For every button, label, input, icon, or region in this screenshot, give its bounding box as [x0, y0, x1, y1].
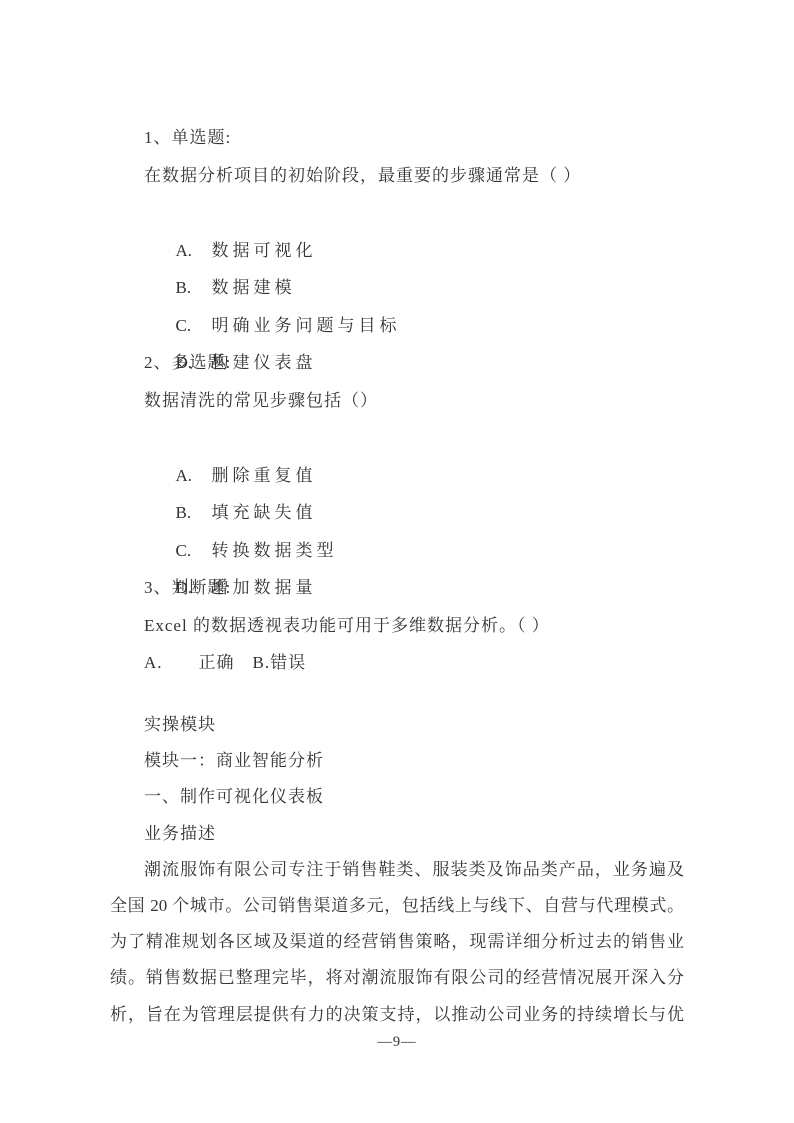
question-3-heading: 3、判断题: [110, 569, 684, 607]
subsection-title: 业务描述 [110, 816, 684, 852]
option-text: 填充缺失值 [212, 503, 317, 522]
paragraph-line: 绩。销售数据已整理完毕，将对潮流服饰有限公司的经营情况展开深入分 [110, 960, 684, 996]
option-label: A. [176, 232, 212, 270]
question-1-stem: 在数据分析项目的初始阶段，最重要的步骤通常是（ ） [110, 157, 684, 195]
paragraph-line: 析，旨在为管理层提供有力的决策支持，以推动公司业务的持续增长与优 [110, 997, 684, 1033]
option-label: C. [176, 532, 212, 570]
practice-module-section: 实操模块 模块一：商业智能分析 一、制作可视化仪表板 业务描述 潮流服饰有限公司… [110, 707, 684, 1033]
question-2-heading: 2、多选题: [110, 344, 684, 382]
option-text: 数据建模 [212, 278, 296, 297]
question-1-heading: 1、单选题: [110, 119, 684, 157]
question-2-option-a: A.删除重复值 [110, 419, 684, 457]
module-block-title: 实操模块 [110, 707, 684, 743]
option-label: B. [176, 269, 212, 307]
document-page: 1、单选题: 在数据分析项目的初始阶段，最重要的步骤通常是（ ） A.数据可视化… [0, 0, 794, 1123]
option-label: A. [176, 457, 212, 495]
quiz-section: 1、单选题: 在数据分析项目的初始阶段，最重要的步骤通常是（ ） A.数据可视化… [110, 119, 684, 682]
option-text: 明确业务问题与目标 [212, 316, 401, 335]
question-2-stem: 数据清洗的常见步骤包括（） [110, 382, 684, 420]
paragraph-line: 全国 20 个城市。公司销售渠道多元，包括线上与线下、自营与代理模式。 [110, 888, 684, 924]
option-text: 数据可视化 [212, 241, 317, 260]
paragraph-line: 为了精准规划各区域及渠道的经营销售策略，现需详细分析过去的销售业 [110, 924, 684, 960]
module-title: 模块一：商业智能分析 [110, 743, 684, 779]
question-1-option-a: A.数据可视化 [110, 194, 684, 232]
option-label: B. [176, 494, 212, 532]
question-3-stem: Excel 的数据透视表功能可用于多维数据分析。（ ） [110, 607, 684, 645]
task-title: 一、制作可视化仪表板 [110, 779, 684, 815]
question-3-answer-options-line: A. 正确 B.错误 [110, 644, 684, 682]
option-label: C. [176, 307, 212, 345]
page-number: —9— [0, 1034, 794, 1051]
paragraph-line: 潮流服饰有限公司专注于销售鞋类、服装类及饰品类产品，业务遍及 [110, 852, 684, 888]
option-text: 转换数据类型 [212, 541, 338, 560]
option-text: 删除重复值 [212, 466, 317, 485]
